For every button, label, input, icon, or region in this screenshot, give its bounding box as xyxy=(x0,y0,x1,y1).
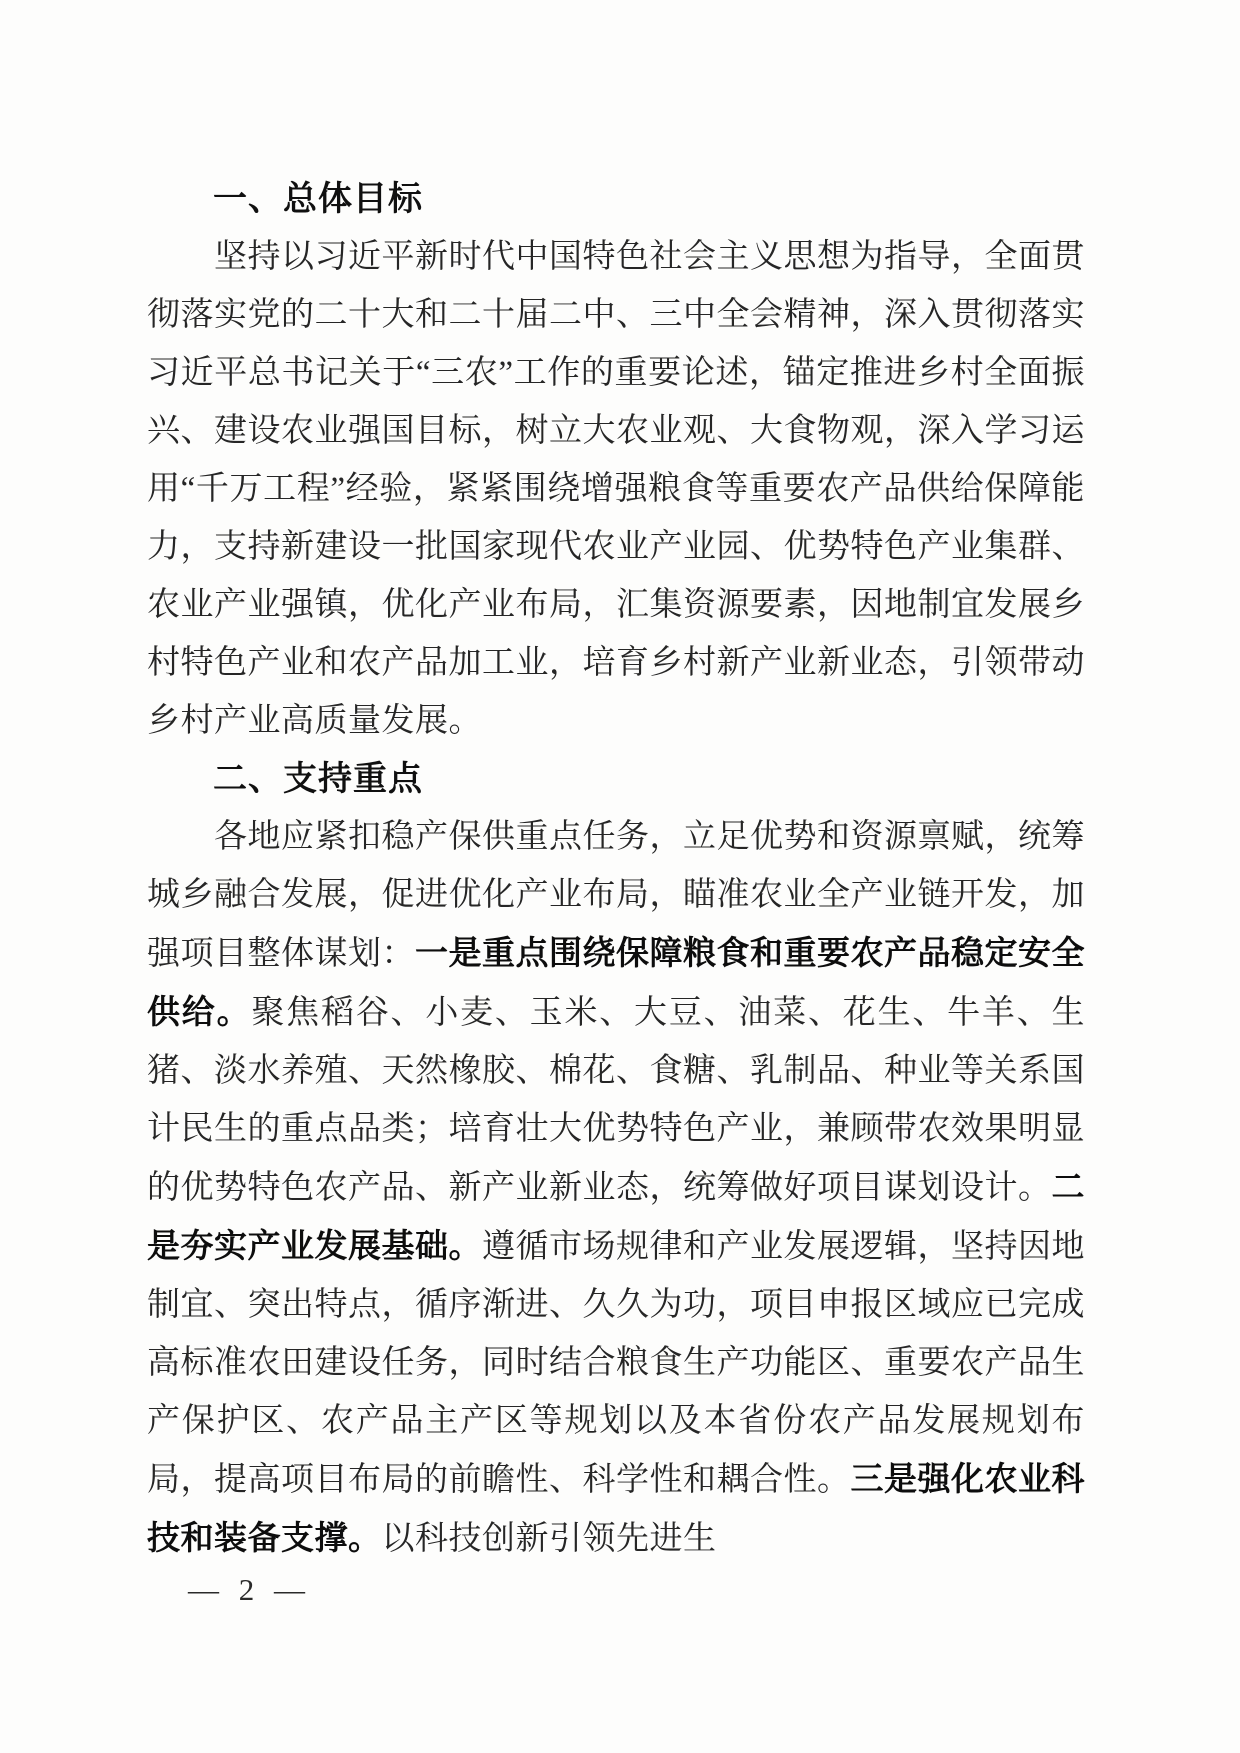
section-heading: 一、总体目标 xyxy=(147,170,1085,228)
scanned-document-page: { "page": { "footer_text": "— 2 —" }, "d… xyxy=(0,0,1240,1753)
document-page: 一、总体目标坚持以习近平新时代中国特色社会主义思想为指导，全面贯彻落实党的二十大… xyxy=(0,0,1240,1753)
text-run: 聚焦稻谷、小麦、玉米、大豆、油菜、花生、牛羊、生猪、淡水养殖、天然橡胶、棉花、食… xyxy=(147,995,1085,1206)
text-run: 坚持以习近平新时代中国特色社会主义思想为指导，全面贯彻落实党的二十大和二十届二中… xyxy=(147,239,1085,739)
body-paragraph: 坚持以习近平新时代中国特色社会主义思想为指导，全面贯彻落实党的二十大和二十届二中… xyxy=(147,228,1085,750)
body-paragraph: 各地应紧扣稳产保供重点任务，立足优势和资源禀赋，统筹城乡融合发展，促进优化产业布… xyxy=(147,808,1085,1568)
document-body: 一、总体目标坚持以习近平新时代中国特色社会主义思想为指导，全面贯彻落实党的二十大… xyxy=(147,170,1085,1568)
text-run: 以科技创新引领先进生 xyxy=(382,1521,717,1557)
page-number: — 2 — xyxy=(188,1572,311,1607)
section-heading: 二、支持重点 xyxy=(147,750,1085,808)
text-run: 遵循市场规律和产业发展逻辑，坚持因地制宜、突出特点，循序渐进、久久为功，项目申报… xyxy=(147,1229,1085,1498)
page-footer: — 2 — xyxy=(188,1570,311,1610)
